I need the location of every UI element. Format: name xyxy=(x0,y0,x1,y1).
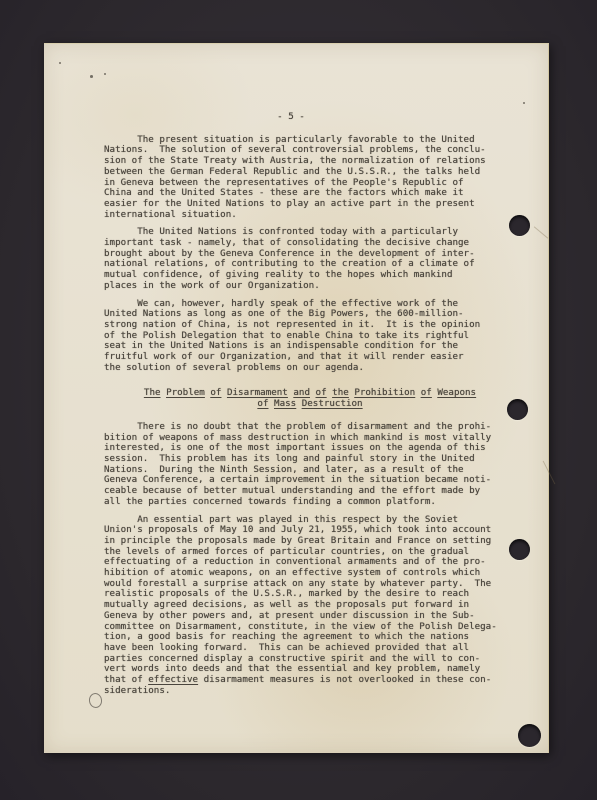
text-column: - 5 - The present situation is particula… xyxy=(104,112,500,703)
scan-background: { "scene": { "background_color": "#2c282… xyxy=(0,0,597,800)
body-paragraph: The present situation is particularly fa… xyxy=(104,135,500,221)
text-line: between the German Federal Republic and … xyxy=(104,167,500,178)
punch-hole xyxy=(518,724,541,747)
ink-speck xyxy=(523,102,525,104)
body-paragraph: We can, however, hardly speak of the eff… xyxy=(104,299,500,374)
text-line: of Mass Destruction xyxy=(120,399,500,410)
text-line: Geneva by other powers and, at present u… xyxy=(104,611,500,622)
document-page: - 5 - The present situation is particula… xyxy=(44,43,549,753)
handwritten-circle-mark xyxy=(88,692,103,709)
ink-speck xyxy=(59,62,61,64)
punch-hole xyxy=(507,399,528,420)
body-paragraph: The United Nations is confronted today w… xyxy=(104,227,500,291)
page-number: - 5 - xyxy=(104,112,500,123)
body-paragraph: There is no doubt that the problem of di… xyxy=(104,422,500,508)
text-line: siderations. xyxy=(104,686,500,697)
body-paragraph: An essential part was played in this res… xyxy=(104,515,500,697)
text-line: There is no doubt that the problem of di… xyxy=(104,422,500,433)
text-line: in principle the proposals made by Great… xyxy=(104,536,500,547)
document-body: The present situation is particularly fa… xyxy=(104,135,500,697)
text-line: the solution of several problems on our … xyxy=(104,363,500,374)
text-line: all the parties concerned towards findin… xyxy=(104,497,500,508)
ink-speck xyxy=(90,75,93,78)
text-line: places in the work of our Organization. xyxy=(104,281,500,292)
ink-speck xyxy=(104,73,106,75)
paper-crease xyxy=(543,461,556,485)
punch-hole xyxy=(509,539,530,560)
punch-hole xyxy=(509,215,530,236)
text-line: international situation. xyxy=(104,210,500,221)
section-heading: The Problem of Disarmament and of the Pr… xyxy=(104,388,500,409)
paper-crease xyxy=(534,226,548,238)
